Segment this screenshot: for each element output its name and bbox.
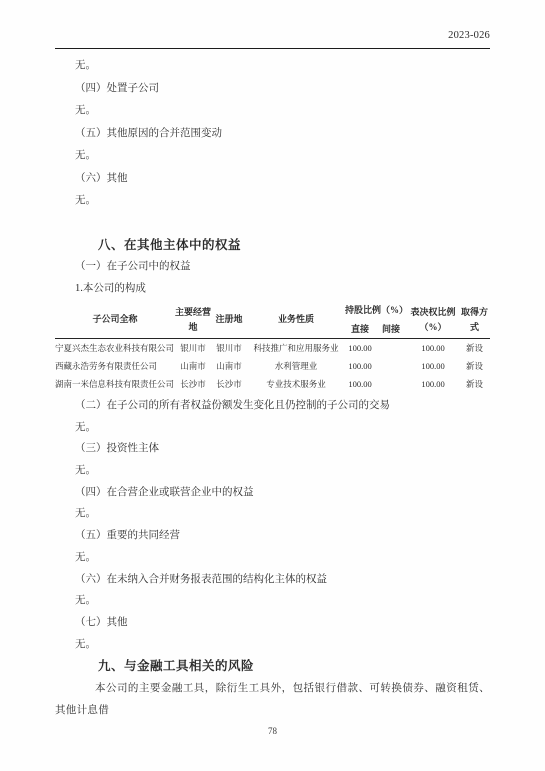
col-header-acquisition-method: 取得方式 [459, 301, 490, 339]
header-rule [55, 48, 490, 49]
cell-acquisition-method: 新设 [459, 357, 490, 375]
page-footer: 78 [55, 723, 490, 739]
col-header-subsidiary-name: 子公司全称 [55, 301, 175, 339]
cell-voting-ratio: 100.00 [407, 339, 459, 357]
cell-indirect-ratio [375, 357, 407, 375]
list-item-title: 1.本公司的构成 [55, 278, 490, 301]
cell-direct-ratio: 100.00 [345, 375, 375, 393]
cell-voting-ratio: 100.00 [407, 357, 459, 375]
col-header-registered-place: 注册地 [211, 301, 247, 339]
page-number: 78 [268, 726, 277, 736]
cell-business-nature: 科技推广和应用服务业 [247, 339, 345, 357]
col-header-business-nature: 业务性质 [247, 301, 345, 339]
table-row: 湖南一米信息科技有限责任公司 长沙市 长沙市 专业技术服务业 100.00 10… [55, 375, 490, 393]
subsidiaries-table: 子公司全称 主要经营地 注册地 业务性质 持股比例（%） 表决权比例（%） 取得… [55, 301, 490, 393]
body-line: 无。 [55, 55, 490, 78]
body-line: （六）在未纳入合并财务报表范围的结构化主体的权益 [55, 569, 490, 591]
body-line: （四）在合营企业或联营企业中的权益 [55, 482, 490, 504]
cell-main-place: 长沙市 [175, 375, 211, 393]
cell-subsidiary-name: 西藏永浩劳务有限责任公司 [55, 357, 175, 375]
col-header-shareholding-ratio: 持股比例（%） [345, 301, 407, 320]
cell-voting-ratio: 100.00 [407, 375, 459, 393]
cell-main-place: 山南市 [175, 357, 211, 375]
body-line: （二）在子公司的所有者权益份额发生变化且仍控制的子公司的交易 [55, 395, 490, 417]
page-content: 无。 （四）处置子公司 无。 （五）其他原因的合并范围变动 无。 （六）其他 无… [55, 55, 490, 739]
cell-subsidiary-name: 湖南一米信息科技有限责任公司 [55, 375, 175, 393]
cell-registered-place: 银川市 [211, 339, 247, 357]
cell-indirect-ratio [375, 339, 407, 357]
body-line: 无。 [55, 460, 490, 482]
col-header-voting-ratio: 表决权比例（%） [407, 301, 459, 339]
doc-number: 2023-026 [448, 30, 490, 41]
cell-registered-place: 山南市 [211, 357, 247, 375]
body-line: （四）处置子公司 [55, 78, 490, 101]
col-header-main-place: 主要经营地 [175, 301, 211, 339]
body-line: 无。 [55, 190, 490, 213]
cell-business-nature: 水利管理业 [247, 357, 345, 375]
cell-main-place: 银川市 [175, 339, 211, 357]
cell-direct-ratio: 100.00 [345, 357, 375, 375]
cell-registered-place: 长沙市 [211, 375, 247, 393]
body-line: 无。 [55, 417, 490, 439]
col-header-indirect: 间接 [375, 320, 407, 339]
body-line: （六）其他 [55, 168, 490, 191]
document-page: 2023-026 无。 （四）处置子公司 无。 （五）其他原因的合并范围变动 无… [0, 0, 545, 771]
col-header-direct: 直接 [345, 320, 375, 339]
body-line: 无。 [55, 145, 490, 168]
subsection-title: （一）在子公司中的权益 [55, 256, 490, 279]
section-heading-9: 九、与金融工具相关的风险 [55, 655, 490, 677]
body-line: 无。 [55, 547, 490, 569]
body-line: （五）其他原因的合并范围变动 [55, 123, 490, 146]
body-line: （五）重要的共同经营 [55, 525, 490, 547]
body-line: 无。 [55, 634, 490, 656]
cell-direct-ratio: 100.00 [345, 339, 375, 357]
page-header: 2023-026 [0, 0, 545, 42]
section-heading-8: 八、在其他主体中的权益 [55, 234, 490, 256]
table-row: 宁夏兴杰生态农业科技有限公司 银川市 银川市 科技推广和应用服务业 100.00… [55, 339, 490, 357]
body-line: （七）其他 [55, 612, 490, 634]
cell-acquisition-method: 新设 [459, 375, 490, 393]
body-line: 无。 [55, 100, 490, 123]
body-line: （三）投资性主体 [55, 438, 490, 460]
body-line: 无。 [55, 590, 490, 612]
body-paragraph: 本公司的主要金融工具，除衍生工具外，包括银行借款、可转换债券、融资租赁、其他计息… [55, 678, 490, 723]
cell-business-nature: 专业技术服务业 [247, 375, 345, 393]
table-row: 西藏永浩劳务有限责任公司 山南市 山南市 水利管理业 100.00 100.00… [55, 357, 490, 375]
body-line: 无。 [55, 503, 490, 525]
cell-subsidiary-name: 宁夏兴杰生态农业科技有限公司 [55, 339, 175, 357]
cell-acquisition-method: 新设 [459, 339, 490, 357]
cell-indirect-ratio [375, 375, 407, 393]
